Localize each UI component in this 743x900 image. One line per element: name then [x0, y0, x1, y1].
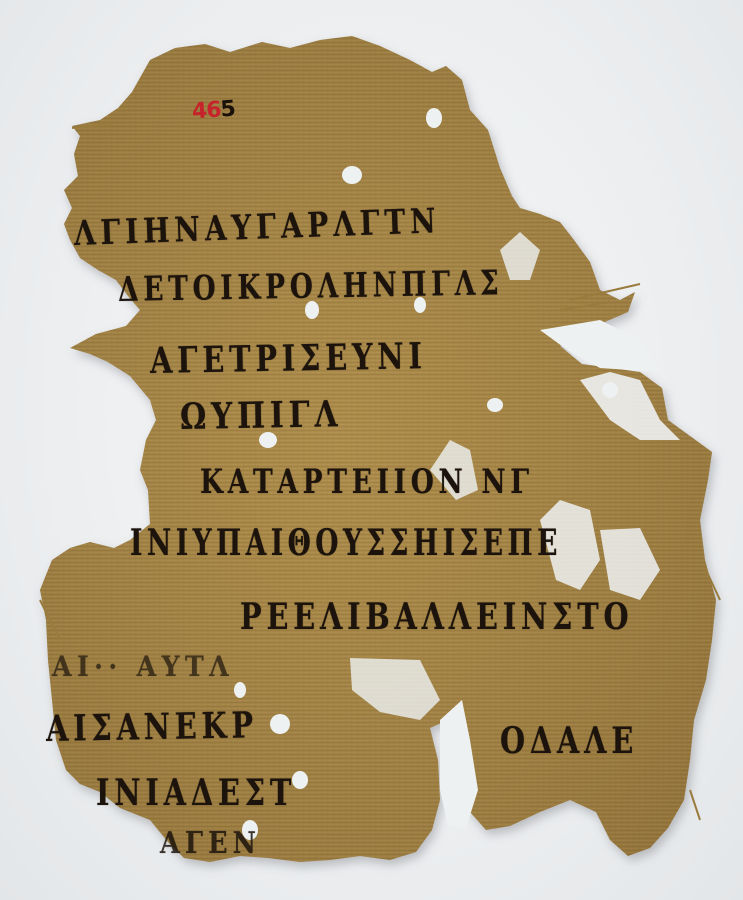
text-line: ΟΔΑΛΕ: [500, 720, 638, 762]
text-line: ΑΙ·· ΑΥΤΛ: [52, 650, 234, 683]
text-line: ΙΝΙΥΠΑΙΘΟΥΣΣΗΙΣΕΠΕ: [130, 522, 562, 564]
text-line: ΑΓΕΝ: [160, 826, 261, 861]
papyrus-fragment: [0, 0, 743, 900]
text-line: ΙΝΙΑΔΕΣΤ: [96, 772, 296, 814]
text-line: ΚΑΤΑΡΤΕΙΙΟΝ ΝΓ: [200, 462, 534, 502]
text-line: ΔΕΤΟΙΚΡΟΛΗΝΠΓΛΣ: [118, 263, 504, 310]
text-line: ΩΥΠΙΓΛ: [180, 393, 343, 438]
inventory-number: 465: [191, 97, 236, 125]
inventory-number-red: 46: [191, 98, 221, 125]
text-line: ΡΕΕΛΙΒΑΛΛΕΙΝΣΤΟ: [240, 596, 633, 638]
text-line: ΑΓΕΤΡΙΣΕΥΝΙ: [150, 335, 427, 382]
inventory-number-black: 5: [220, 97, 236, 123]
text-line: ΑΙΣΑΝΕΚΡ: [46, 704, 259, 750]
